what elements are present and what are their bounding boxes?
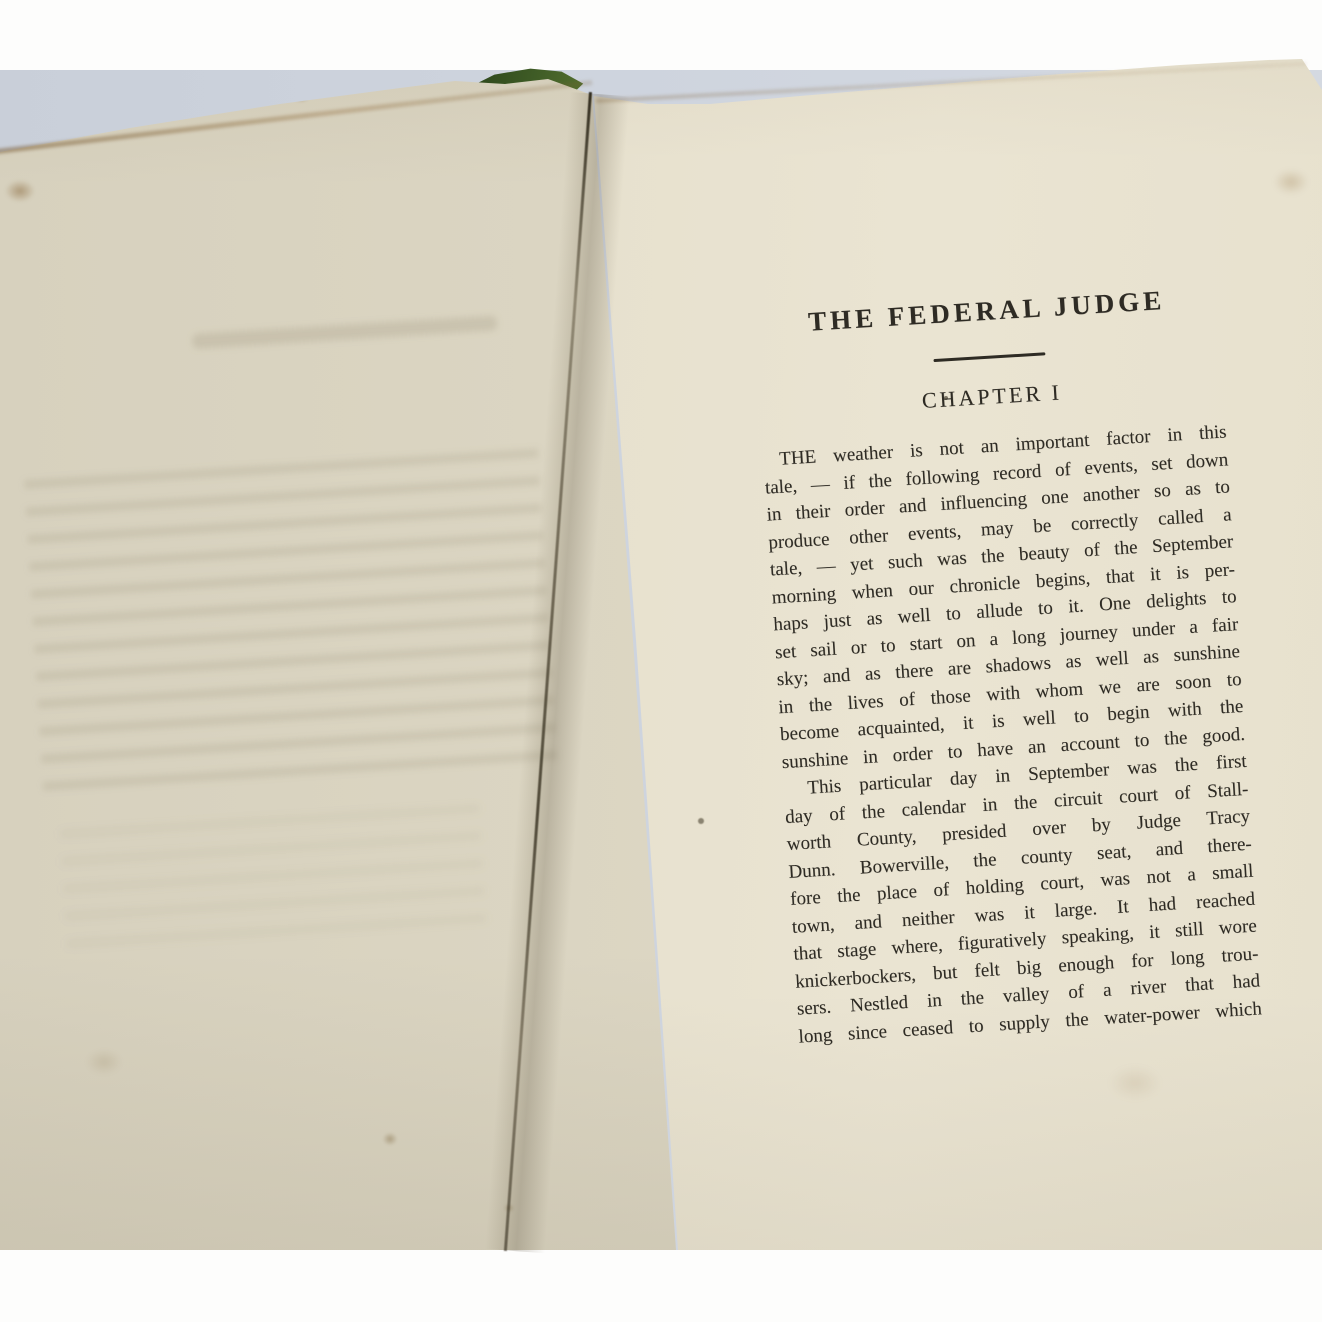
ink-speck (698, 818, 704, 824)
book-photo: THE FEDERAL JUDGE CHAPTER I THE weather … (0, 0, 1322, 1322)
showthrough-text (24, 449, 558, 805)
showthrough-title (192, 315, 497, 349)
foxing-stain (80, 1045, 128, 1079)
paragraph-2: This particular day in September was the… (783, 748, 1263, 1051)
title-divider-rule (933, 352, 1045, 362)
foxing-stain (1100, 1060, 1170, 1106)
foxing-stain (0, 176, 40, 206)
foxing-stain (380, 1130, 400, 1148)
chapter-heading: CHAPTER I (759, 369, 1224, 425)
showthrough-text-lower (60, 804, 487, 949)
foxing-stain (1268, 165, 1314, 199)
printed-text-block: THE FEDERAL JUDGE CHAPTER I THE weather … (754, 280, 1263, 1051)
page-title: THE FEDERAL JUDGE (754, 280, 1219, 342)
paragraph-1: THE weather is not an important factor i… (762, 418, 1245, 776)
